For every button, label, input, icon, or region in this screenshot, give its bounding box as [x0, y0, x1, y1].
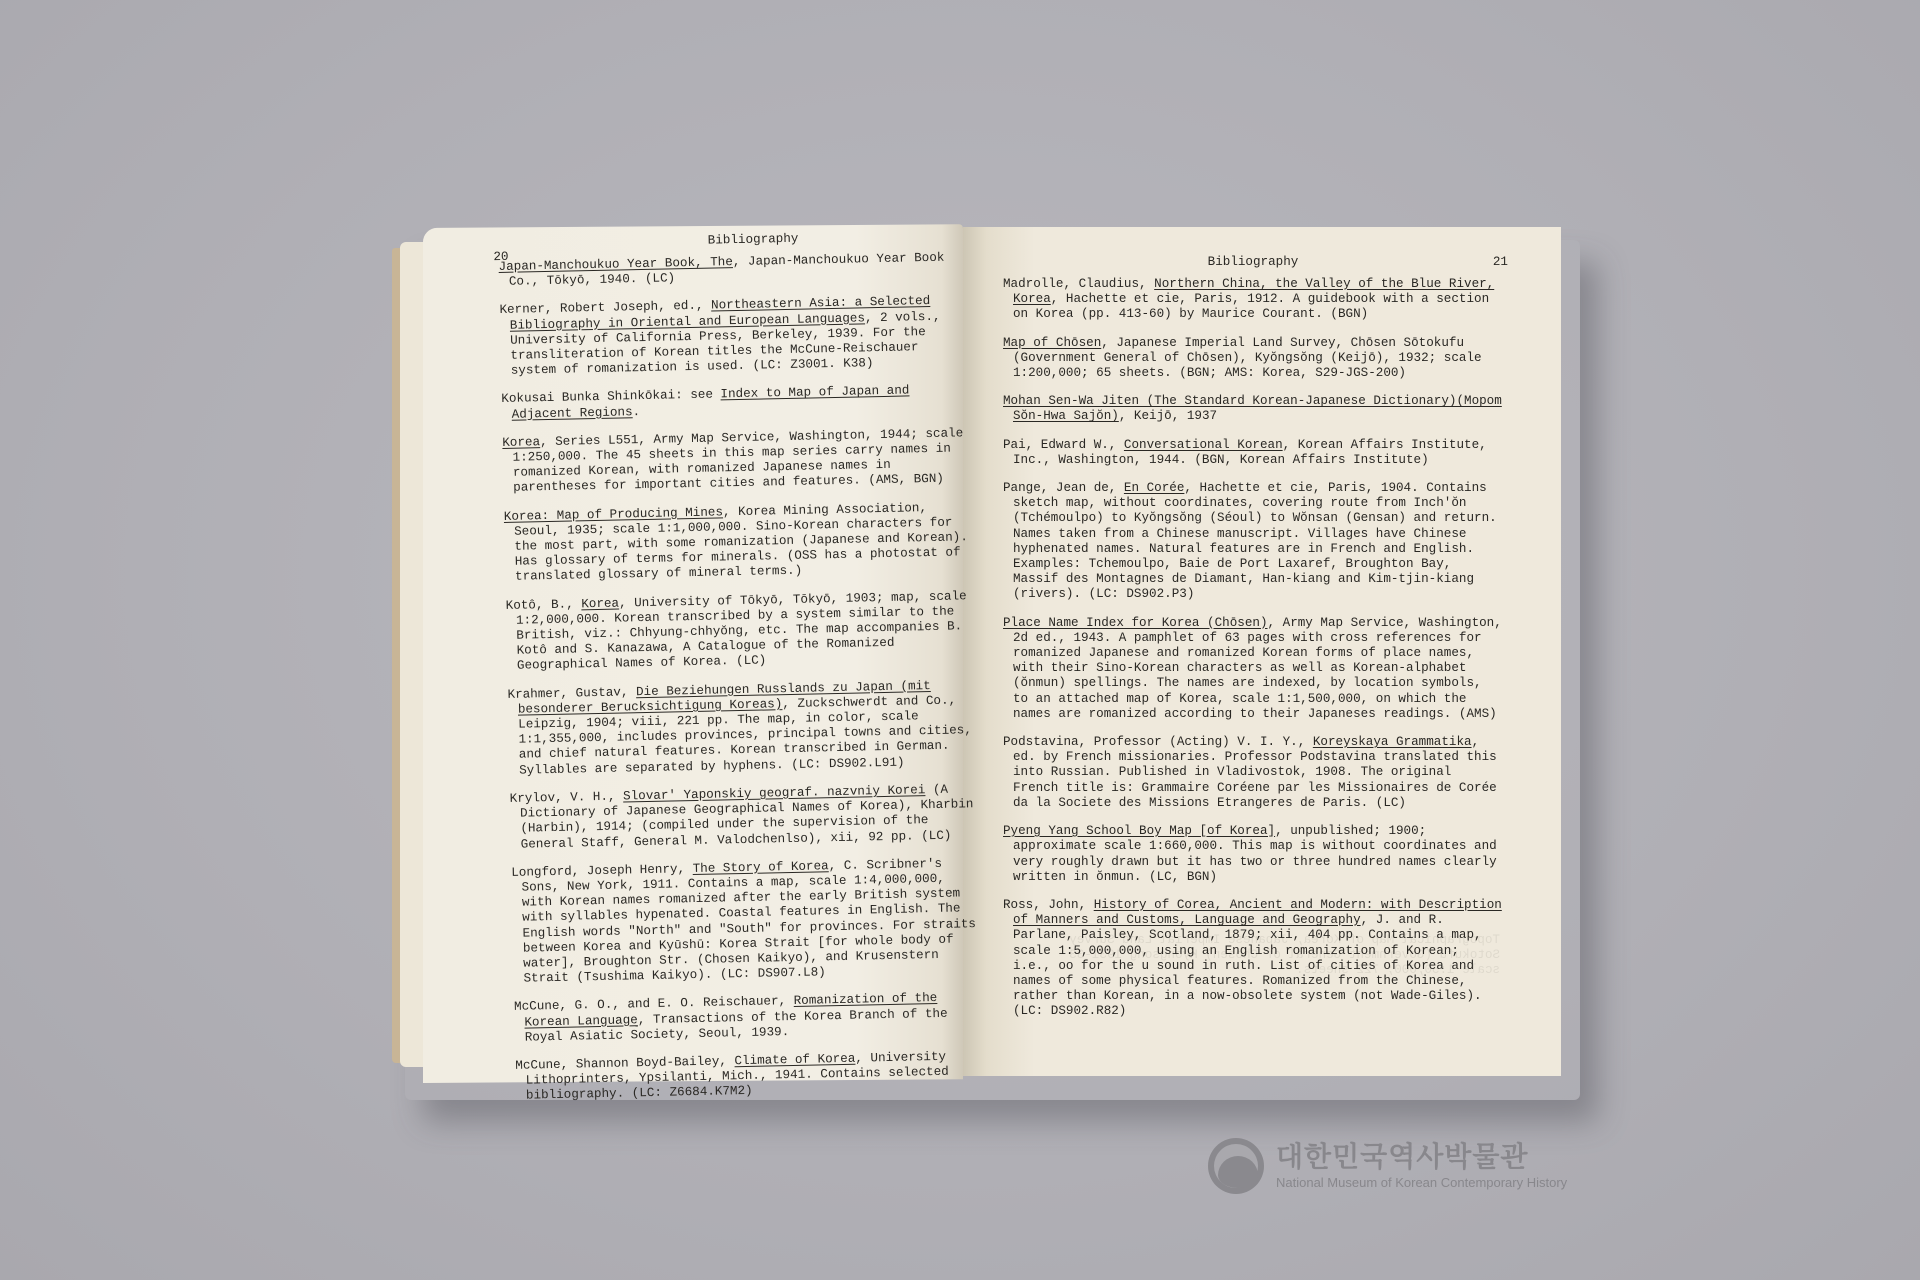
show-through-text: Topographical Map of Korea, Japanese Imp… — [1020, 933, 1500, 979]
museum-name-english: National Museum of Korean Contemporary H… — [1276, 1175, 1567, 1190]
entry-author: Podstavina, Professor (Acting) V. I. Y., — [1003, 735, 1313, 749]
bibliography-entry: Krylov, V. H., Slovar' Yaponskiy geograf… — [510, 782, 981, 853]
bibliography-entry: Place Name Index for Korea (Chōsen), Arm… — [1003, 616, 1503, 722]
right-page-text: Bibliography 21 Madrolle, Claudius, Nort… — [1003, 255, 1503, 1033]
bibliography-entry: Map of Chōsen, Japanese Imperial Land Su… — [1003, 336, 1503, 382]
running-head-title: Bibliography — [1003, 255, 1503, 270]
bibliography-entry: Mohan Sen-Wa Jiten (The Standard Korean-… — [1003, 394, 1503, 424]
bibliography-entry: Kotô, B., Korea, University of Tōkyō, Tō… — [506, 589, 977, 675]
entry-title: Pyeng Yang School Boy Map [of Korea] — [1003, 824, 1275, 838]
bibliography-entry: Kokusai Bunka Shinkōkai: see Index to Ma… — [501, 383, 972, 423]
bibliography-entry: McCune, G. O., and E. O. Reischauer, Rom… — [514, 990, 985, 1045]
entry-author: Krahmer, Gustav, — [507, 685, 636, 702]
museum-name-korean: 대한민국역사박물관 — [1276, 1135, 1528, 1175]
entry-details: . — [632, 405, 640, 419]
entry-details: , Hachette et cie, Paris, 1912. A guideb… — [1013, 292, 1489, 321]
entry-title: Mohan Sen-Wa Jiten (The Standard Korean-… — [1003, 394, 1502, 423]
entry-details: , Army Map Service, Washington, 2d ed., … — [1013, 616, 1502, 721]
bibliography-entry: Kerner, Robert Joseph, ed., Northeastern… — [499, 294, 970, 380]
right-running-head: Bibliography 21 — [1003, 255, 1503, 277]
bibliography-entry: Madrolle, Claudius, Northern China, the … — [1003, 277, 1503, 323]
bibliography-entry: Podstavina, Professor (Acting) V. I. Y.,… — [1003, 735, 1503, 811]
entry-title: Koreyskaya Grammatika — [1313, 735, 1472, 749]
page-number: 20 — [493, 250, 508, 266]
entry-author: Kotô, B., — [506, 597, 582, 613]
entry-title: Map of Chōsen — [1003, 336, 1101, 350]
bibliography-entry: McCune, Shannon Boyd-Bailey, Climate of … — [515, 1049, 986, 1104]
entry-author: Kokusai Bunka Shinkōkai: see — [501, 388, 720, 407]
bibliography-entry: Korea, Series L551, Army Map Service, Wa… — [502, 426, 973, 497]
entry-author: Krylov, V. H., — [510, 789, 624, 805]
bibliography-list: Madrolle, Claudius, Northern China, the … — [1003, 277, 1503, 1020]
entry-details: , Series L551, Army Map Service, Washing… — [512, 426, 963, 495]
page-number: 21 — [1493, 255, 1508, 270]
entry-details: , Hachette et cie, Paris, 1904. Contains… — [1013, 481, 1497, 601]
bibliography-entry: Pange, Jean de, En Corée, Hachette et ci… — [1003, 481, 1503, 603]
taegeuk-logo-icon — [1208, 1138, 1264, 1194]
bibliography-entry: Pyeng Yang School Boy Map [of Korea], un… — [1003, 824, 1503, 885]
left-page-text: 20 Bibliography Japan-Manchoukuo Year Bo… — [498, 228, 986, 1117]
entry-title: Conversational Korean — [1124, 438, 1283, 452]
entry-details: , Keijō, 1937 — [1119, 409, 1217, 423]
museum-watermark: 대한민국역사박물관 National Museum of Korean Cont… — [1208, 1135, 1588, 1195]
bibliography-list: Japan-Manchoukuo Year Book, The, Japan-M… — [498, 250, 986, 1104]
entry-author: Madrolle, Claudius, — [1003, 277, 1154, 291]
bibliography-entry: Korea: Map of Producing Mines, Korea Min… — [504, 500, 975, 586]
entry-author: Pai, Edward W., — [1003, 438, 1124, 452]
bibliography-entry: Krahmer, Gustav, Die Beziehungen Russlan… — [507, 678, 979, 779]
entry-title: En Corée — [1124, 481, 1184, 495]
entry-title: Climate of Korea — [734, 1052, 855, 1069]
entry-author: Pange, Jean de, — [1003, 481, 1124, 495]
bibliography-entry: Pai, Edward W., Conversational Korean, K… — [1003, 438, 1503, 468]
entry-title: Korea — [581, 596, 619, 611]
entry-title: Place Name Index for Korea (Chōsen) — [1003, 616, 1268, 630]
entry-author: Ross, John, — [1003, 898, 1094, 912]
entry-title: Korea — [502, 435, 540, 450]
bibliography-entry: Longford, Joseph Henry, The Story of Kor… — [511, 856, 983, 987]
entry-title: The Story of Korea — [692, 859, 828, 876]
